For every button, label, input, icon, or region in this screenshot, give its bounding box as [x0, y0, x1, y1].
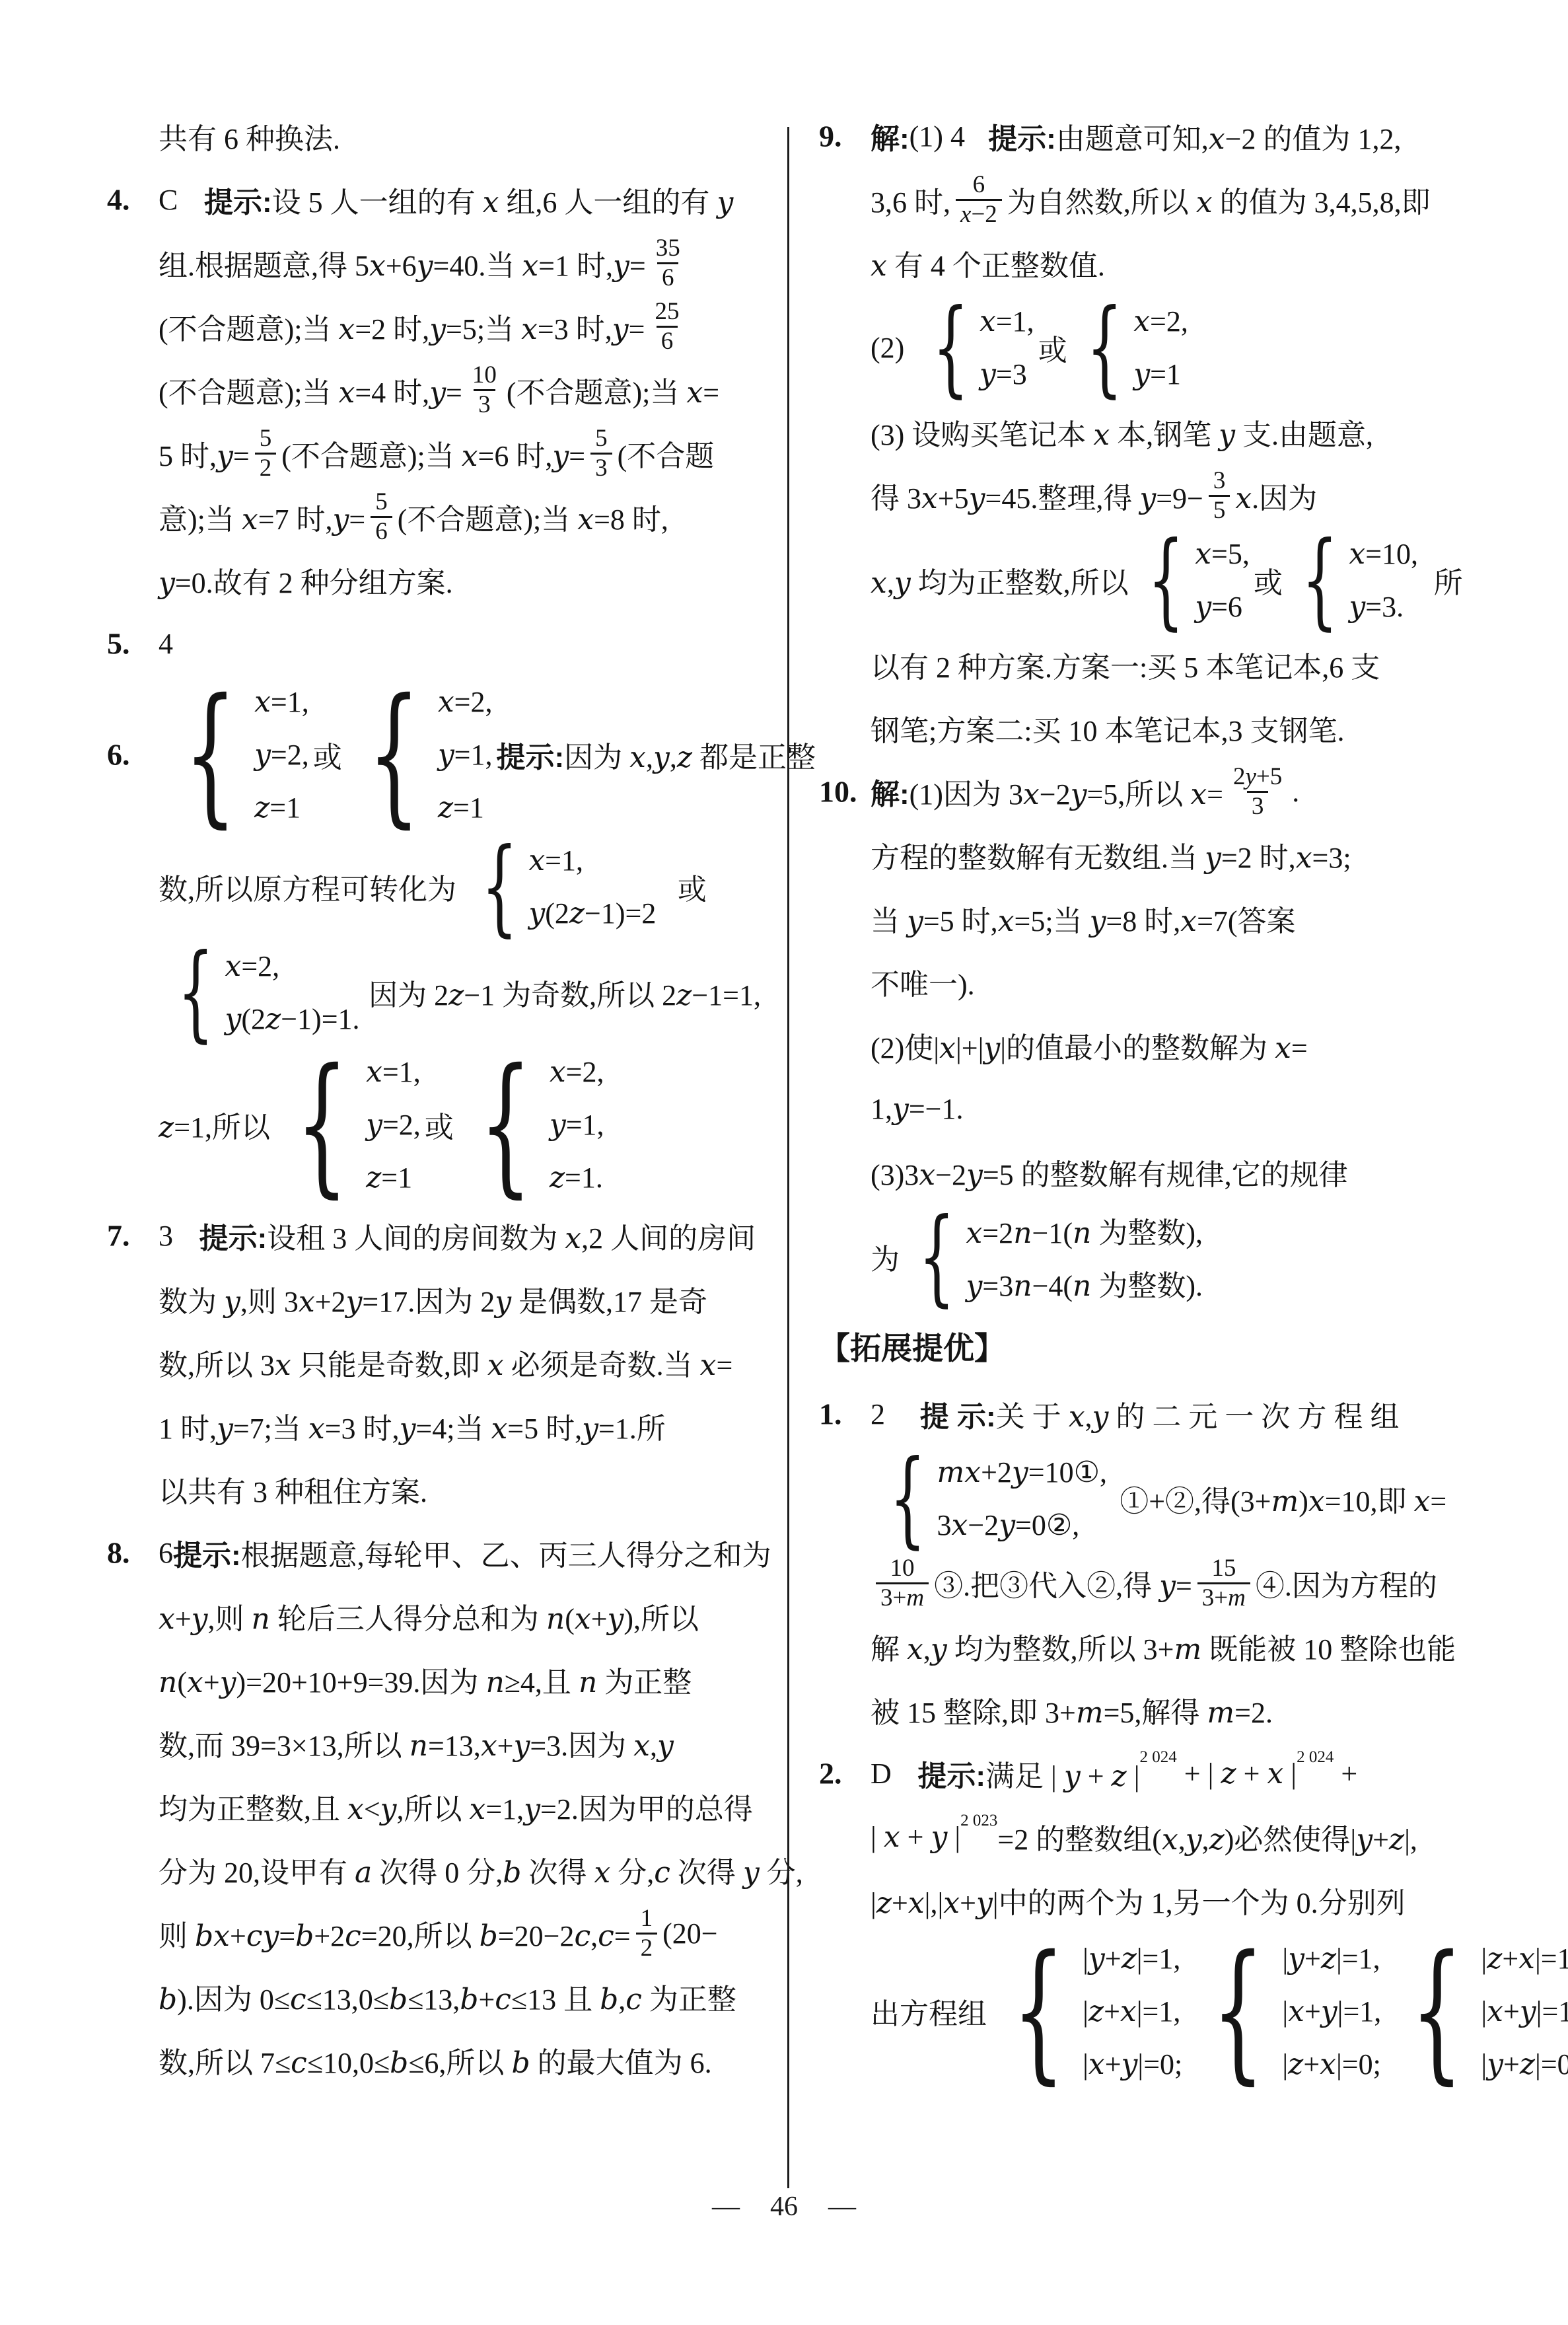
system-rows: |y+z|=1,|x+y|=1,|z+x|=0; — [1282, 1932, 1381, 2090]
text-line: 数,所以 7≤c≤10,0≤b≤6,所以 b 的最大值为 6. — [159, 2028, 761, 2092]
system-rows: |z+x|=1,|x+y|=1,|y+z|=0. — [1481, 1932, 1568, 2090]
text-run: |z+x|,|x+y|中的两个为 1,另一个为 0.分别列 — [871, 1879, 1406, 1921]
system-row: x=10, — [1349, 527, 1418, 580]
equation-system: {x=2,y=1 — [1071, 295, 1188, 400]
text-line: 以有 2 种方案.方案一:买 5 本笔记本,6 支 — [871, 633, 1479, 696]
system-row: x=1, — [366, 1045, 421, 1098]
equation-system: {x=10,y=3. — [1287, 527, 1418, 633]
system-brace: { — [367, 690, 420, 819]
text-run: 钢笔;方案二:买 10 本笔记本,3 支钢笔. — [871, 707, 1344, 749]
text-line: 为{x=2n−1(n 为整数),y=3n−4(n 为整数). — [871, 1204, 1479, 1310]
fraction: 153+m — [1197, 1555, 1250, 1611]
right-column: 9.解:(1) 4提示:由题意可知,x−2 的值为 1,2,3,6 时,6x−2… — [819, 104, 1479, 2090]
system-brace: { — [479, 1060, 532, 1189]
text-line: 当 y=5 时,x=5;当 y=8 时,x=7(答案 — [871, 887, 1479, 950]
text-run: x+y,则 n 轮后三人得分总和为 n(x+y),所以 — [159, 1595, 699, 1637]
system-row: x=1, — [528, 834, 656, 887]
system-rows: x=2,y(2z−1)=1. — [225, 940, 360, 1045]
equation-system: {|z+x|=1,|x+y|=1,|y+z|=0. — [1389, 1932, 1568, 2090]
system-brace: { — [184, 690, 237, 819]
fraction-numerator: 15 — [1207, 1555, 1240, 1582]
text-run: (1) 4 — [909, 120, 965, 153]
system-rows: x=5,y=6 — [1195, 527, 1250, 633]
system-rows: x=1,y=3 — [980, 295, 1034, 400]
text-run: 设租 3 人间的房间数为 x,2 人间的房间 — [267, 1214, 756, 1257]
text-run: x=1, — [366, 1055, 421, 1089]
item-number: 10. — [819, 774, 857, 809]
text-run: 1 时,y=7;当 x=3 时,y=4;当 x=5 时,y=1.所 — [159, 1405, 666, 1447]
system-rows: x=1,y(2z−1)=2 — [528, 834, 656, 940]
fraction-numerator: 3 — [1209, 467, 1230, 494]
text-run: |y+z|=0. — [1481, 2048, 1568, 2081]
text-run: x 有 4 个正整数值. — [871, 242, 1105, 284]
text-run: (不合题意);当 x=4 时,y= — [159, 369, 462, 411]
answer-item: 10.解:(1)因为 3x−2y=5,所以 x=2y+53.方程的整数解有无数组… — [819, 760, 1479, 1310]
fraction-denominator: x−2 — [956, 199, 1002, 228]
text-line: 1,y=−1. — [871, 1077, 1479, 1140]
text-run: ③.把③代入②,得 y= — [934, 1562, 1192, 1604]
system-rows: x=2n−1(n 为整数),y=3n−4(n 为整数). — [966, 1204, 1203, 1310]
text-run: 方程的整数解有无数组.当 y=2 时,x=3; — [871, 834, 1351, 876]
superscript: 2 024 — [1297, 1748, 1334, 1767]
item-number: 1. — [819, 1397, 842, 1432]
fraction-denominator: 6 — [371, 516, 392, 545]
text-run: z=1. — [550, 1161, 603, 1195]
text-run: 3x−2y=0②, — [937, 1508, 1080, 1542]
text-line: 数为 y,则 3x+2y=17.因为 2y 是偶数,17 是奇 — [159, 1267, 761, 1331]
item-number: 9. — [819, 119, 842, 154]
text-run: 出方程组 — [871, 1990, 987, 2032]
system-row: x=2, — [1133, 295, 1188, 348]
section-header: 【拓展提优】 — [819, 1310, 1479, 1382]
item-number: 5. — [107, 626, 130, 661]
text-run: z=1,所以 — [159, 1103, 270, 1146]
text-run: ④.因为方程的 — [1256, 1562, 1437, 1604]
text-run: 1,y=−1. — [871, 1092, 964, 1126]
text-run: C — [159, 183, 178, 217]
text-line: 被 15 整除,即 3+m=5,解得 m=2. — [871, 1678, 1479, 1742]
system-row: y=3 — [980, 348, 1034, 400]
text-line: 则 bx+cy=b+2c=20,所以 b=20−2c,c=12(20− — [159, 1901, 761, 1965]
text-line: 数,所以原方程可转化为{x=1,y(2z−1)=2或 — [159, 834, 761, 940]
item-number: 6. — [107, 737, 130, 772]
text-run: 数,所以原方程可转化为 — [159, 866, 456, 908]
text-run: (不合题意);当 x=8 时, — [398, 496, 668, 538]
text-run: 数,而 39=3×13,所以 n=13,x+y=3.因为 x,y — [159, 1722, 674, 1764]
system-row: |x+y|=1, — [1481, 1985, 1568, 2038]
system-row: y=1, — [550, 1098, 604, 1151]
text-line: (不合题意);当 x=4 时,y=103(不合题意);当 x= — [159, 358, 761, 422]
system-row: |z+x|=1, — [1481, 1932, 1568, 1985]
text-line: 10.解:(1)因为 3x−2y=5,所以 x=2y+53. — [871, 760, 1479, 823]
equation-system: {mx+2y=10①,3x−2y=0②, — [874, 1446, 1107, 1551]
system-row: x=1, — [254, 675, 309, 728]
system-rows: x=1,y=2,z=1 — [254, 675, 309, 834]
text-run: 因为 x,y,z 都是正整 — [564, 733, 816, 776]
item-number: 4. — [107, 182, 130, 217]
system-row: |z+x|=0; — [1282, 2038, 1381, 2090]
text-run: x=1, — [528, 844, 583, 877]
text-run: y=2, — [366, 1108, 421, 1142]
text-line: 4.C提示:设 5 人一组的有 x 组,6 人一组的有 y — [159, 168, 761, 231]
system-row: x=5, — [1195, 527, 1250, 580]
text-line: 2.D提示:满足 | y + z |2 024 + | z + x |2 024… — [871, 1742, 1479, 1805]
text-run: 组.根据题意,得 5x+6y=40.当 x=1 时,y= — [159, 242, 646, 284]
system-row: y(2z−1)=2 — [528, 887, 656, 940]
system-brace: { — [178, 948, 214, 1037]
equation-system: {x=1,y=3 — [917, 295, 1034, 400]
fraction-denominator: 2 — [255, 453, 277, 482]
text-run: (20− — [662, 1917, 717, 1950]
text-run: z=1 — [438, 791, 484, 825]
left-column: 共有 6 种换法.4.C提示:设 5 人一组的有 x 组,6 人一组的有 y组.… — [107, 104, 761, 2092]
fraction: 2y+53 — [1229, 763, 1287, 820]
system-brace: { — [919, 1212, 955, 1301]
text-line: 103+m③.把③代入②,得 y=153+m④.因为方程的 — [871, 1551, 1479, 1615]
text-run: 以共有 3 种租住方案. — [159, 1468, 427, 1510]
text-run: 以有 2 种方案.方案一:买 5 本笔记本,6 支 — [871, 644, 1380, 686]
text-run: 数为 y,则 3x+2y=17.因为 2y 是偶数,17 是奇 — [159, 1278, 707, 1320]
text-run: 所 — [1434, 559, 1463, 601]
system-rows: mx+2y=10①,3x−2y=0②, — [937, 1446, 1108, 1551]
system-row: x=2, — [438, 675, 493, 728]
text-run: x=1, — [254, 685, 309, 719]
text-run: . — [1292, 775, 1299, 809]
text-line: 钢笔;方案二:买 10 本笔记本,3 支钢笔. — [871, 696, 1479, 760]
system-brace: { — [296, 1060, 349, 1189]
fraction-denominator: 5 — [1209, 495, 1230, 524]
label-bold: 提示: — [497, 733, 565, 776]
system-row: y=1, — [438, 728, 493, 781]
page: 共有 6 种换法.4.C提示:设 5 人一组的有 x 组,6 人一组的有 y组.… — [0, 0, 1568, 2325]
fraction-denominator: 3+m — [876, 1582, 929, 1611]
system-row: |y+z|=1, — [1083, 1932, 1182, 1985]
equation-system: {x=5,y=6 — [1133, 527, 1250, 633]
text-line: 均为正整数,且 x<y,所以 x=1,y=2.因为甲的总得 — [159, 1775, 761, 1838]
system-row: z=1 — [254, 781, 309, 834]
text-run: 为自然数,所以 x 的值为 3,4,5,8,即 — [1007, 178, 1431, 221]
fraction: 53 — [590, 425, 612, 482]
answer-item: 1.2提 示:关 于 x,y 的 二 元 一 次 方 程 组{mx+2y=10①… — [819, 1382, 1479, 1742]
text-run: y=0.故有 2 种分组方案. — [159, 559, 453, 601]
system-rows: |y+z|=1,|z+x|=1,|x+y|=0; — [1083, 1932, 1182, 2090]
answer-item: 7.3提示:设租 3 人间的房间数为 x,2 人间的房间数为 y,则 3x+2y… — [107, 1204, 761, 1521]
system-row: z=1. — [550, 1151, 604, 1204]
text-line: 意);当 x=7 时,y=56(不合题意);当 x=8 时, — [159, 485, 761, 548]
text-line: 出方程组{|y+z|=1,|z+x|=1,|x+y|=0;{|y+z|=1,|x… — [871, 1932, 1479, 2090]
fraction: 6x−2 — [956, 171, 1002, 228]
text-run: 或 — [1038, 326, 1067, 369]
system-row: x=2, — [225, 940, 360, 992]
label-bold: 提示: — [173, 1532, 241, 1574]
page-footer: — 46 — — [0, 2191, 1568, 2223]
text-run: z=1 — [366, 1161, 412, 1195]
answer-item: 6.{x=1,y=2,z=1或{x=2,y=1,z=1提示:因为 x,y,z 都… — [107, 675, 761, 1204]
text-run: 关 于 x,y 的 二 元 一 次 方 程 组 — [996, 1393, 1400, 1435]
text-run: x=10, — [1349, 537, 1418, 571]
text-run: 4 — [159, 627, 173, 661]
system-brace: { — [890, 1454, 926, 1543]
text-run: mx+2y=10①, — [937, 1456, 1108, 1489]
text-run: 3,6 时, — [871, 178, 950, 221]
answer-item: 2.D提示:满足 | y + z |2 024 + | z + x |2 024… — [819, 1742, 1479, 2090]
fraction-denominator: 3+m — [1197, 1582, 1250, 1611]
system-row: |x+y|=1, — [1282, 1985, 1381, 2038]
page-number: 46 — [770, 2191, 798, 2223]
text-line: (2)使|x|+|y|的值最小的整数解为 x= — [871, 1014, 1479, 1077]
text-run: (不合题意);当 x=2 时,y=5;当 x=3 时,y= — [159, 305, 645, 348]
text-line: 方程的整数解有无数组.当 y=2 时,x=3; — [871, 823, 1479, 887]
text-line: 5 时,y=52(不合题意);当 x=6 时,y=53(不合题 — [159, 422, 761, 485]
system-row: 3x−2y=0②, — [937, 1498, 1108, 1551]
item-number: 8. — [107, 1535, 130, 1570]
text-line: | x + y |2 023=2 的整数组(x,y,z)必然使得|y+z|, — [871, 1805, 1479, 1868]
system-brace: { — [1301, 536, 1337, 624]
text-run: 6 — [159, 1536, 173, 1570]
fraction: 103+m — [876, 1555, 929, 1611]
system-row: y=3. — [1349, 580, 1418, 633]
fraction-denominator: 2 — [636, 1933, 658, 1962]
system-row: z=1 — [366, 1151, 421, 1204]
text-run: y=3 — [980, 357, 1027, 391]
fraction-numerator: 5 — [371, 488, 392, 515]
text-line: 1.2提 示:关 于 x,y 的 二 元 一 次 方 程 组 — [871, 1382, 1479, 1446]
text-line: 7.3提示:设租 3 人间的房间数为 x,2 人间的房间 — [159, 1204, 761, 1267]
text-run: 或 — [313, 733, 342, 776]
paragraph: 共有 6 种换法. — [107, 104, 761, 168]
system-brace: { — [1147, 536, 1184, 624]
text-run: x=5, — [1195, 537, 1250, 571]
text-run: 根据题意,每轮甲、乙、丙三人得分之和为 — [241, 1532, 771, 1574]
fraction: 12 — [636, 1905, 658, 1962]
text-run: x=2, — [1133, 305, 1188, 338]
text-run: D — [871, 1757, 892, 1790]
label-bold: 提 示: — [920, 1393, 996, 1435]
label-bold: 提示: — [988, 115, 1056, 157]
label-bold: 提示: — [204, 178, 272, 221]
text-line: 1 时,y=7;当 x=3 时,y=4;当 x=5 时,y=1.所 — [159, 1394, 761, 1458]
equation-system: {x=1,y=2,z=1 — [162, 675, 309, 834]
system-rows: x=1,y=2,z=1 — [366, 1045, 421, 1204]
text-run: y=1, — [550, 1108, 604, 1142]
text-run: 解 x,y 均为整数,所以 3+m 既能被 10 整除也能 — [871, 1625, 1456, 1668]
text-run: x=1, — [980, 305, 1034, 338]
equation-system: {|y+z|=1,|x+y|=1,|z+x|=0; — [1190, 1932, 1381, 2090]
text-run: n(x+y)=20+10+9=39.因为 n≥4,且 n 为正整 — [159, 1658, 692, 1701]
text-line: z=1,所以{x=1,y=2,z=1或{x=2,y=1,z=1. — [159, 1045, 761, 1204]
text-run: 因为 2z−1 为奇数,所以 2z−1=1, — [369, 971, 761, 1014]
system-brace: { — [481, 842, 517, 931]
system-brace: { — [932, 303, 968, 392]
item-number: 7. — [107, 1218, 130, 1253]
label-bold: 解: — [871, 115, 909, 157]
text-run: b).因为 0≤c≤13,0≤b≤13,b+c≤13 且 b,c 为正整 — [159, 1975, 736, 2018]
text-run: |y+z|=1, — [1083, 1942, 1180, 1975]
text-run: =2 的整数组(x,y,z)必然使得|y+z|, — [997, 1816, 1417, 1858]
fraction-numerator: 5 — [255, 425, 277, 452]
equation-system: {x=1,y=2,z=1 — [274, 1045, 421, 1204]
system-rows: x=2,y=1,z=1. — [550, 1045, 604, 1204]
text-run: x=2, — [438, 685, 493, 719]
text-run: (3) 设购买笔记本 x 本,钢笔 y 支.由题意, — [871, 411, 1373, 453]
system-rows: x=10,y=3. — [1349, 527, 1418, 633]
equation-system: {x=2,y(2z−1)=1. — [162, 940, 360, 1045]
system-row: |x+y|=0; — [1083, 2038, 1182, 2090]
text-line: 得 3x+5y=45.整理,得 y=9−35x.因为 — [871, 464, 1479, 527]
fraction-denominator: 3 — [474, 389, 495, 418]
text-run: ①+②,得(3+m)x=10,即 x= — [1120, 1477, 1446, 1520]
answer-item: 8.6提示:根据题意,每轮甲、乙、丙三人得分之和为x+y,则 n 轮后三人得分总… — [107, 1521, 761, 2092]
fraction-numerator: 35 — [651, 235, 685, 262]
text-line: 不唯一). — [871, 950, 1479, 1014]
text-run: + | z + x | — [1177, 1757, 1297, 1790]
text-run: 2 — [871, 1397, 885, 1431]
text-line: 组.根据题意,得 5x+6y=40.当 x=1 时,y=356 — [159, 231, 761, 295]
text-run: 3 — [159, 1219, 173, 1253]
fraction-numerator: 1 — [636, 1905, 658, 1932]
text-run: (2) — [871, 331, 904, 365]
text-line: (3) 设购买笔记本 x 本,钢笔 y 支.由题意, — [871, 400, 1479, 464]
equation-system: {x=1,y(2z−1)=2 — [466, 834, 657, 940]
column-divider — [787, 127, 789, 2188]
system-brace: { — [1086, 303, 1122, 392]
text-line: (2){x=1,y=3或{x=2,y=1 — [871, 295, 1479, 400]
system-row: x=2n−1(n 为整数), — [966, 1204, 1203, 1257]
text-run: |z+x|=1, — [1481, 1942, 1568, 1975]
text-run: 或 — [678, 866, 707, 908]
text-run: (2)使|x|+|y|的值最小的整数解为 x= — [871, 1024, 1308, 1066]
text-run: |z+x|=1, — [1083, 1995, 1180, 2028]
text-run: x.因为 — [1235, 474, 1317, 517]
text-line: {x=2,y(2z−1)=1.因为 2z−1 为奇数,所以 2z−1=1, — [159, 940, 761, 1045]
equation-system: {x=2,y=1,z=1. — [458, 1045, 604, 1204]
answer-item: 9.解:(1) 4提示:由题意可知,x−2 的值为 1,2,3,6 时,6x−2… — [819, 104, 1479, 760]
system-row: y=2, — [254, 728, 309, 781]
text-run: 被 15 整除,即 3+m=5,解得 m=2. — [871, 1689, 1273, 1731]
system-row: y=2, — [366, 1098, 421, 1151]
equation-system: {x=2,y=1,z=1 — [346, 675, 493, 834]
text-run: y(2z−1)=1. — [225, 1002, 360, 1036]
fraction: 35 — [1209, 467, 1230, 524]
label-bold: 解: — [871, 770, 909, 813]
text-line: 数,所以 3x 只能是奇数,即 x 必须是奇数.当 x= — [159, 1331, 761, 1394]
text-run: | x + y | — [871, 1820, 960, 1854]
superscript: 2 023 — [960, 1812, 997, 1830]
text-run: (不合题意);当 x=6 时,y= — [281, 432, 585, 474]
fraction-numerator: 10 — [886, 1555, 919, 1582]
fraction-numerator: 5 — [590, 425, 612, 452]
text-run: 由题意可知,x−2 的值为 1,2, — [1056, 115, 1402, 157]
text-line: y=0.故有 2 种分组方案. — [159, 548, 761, 612]
system-row: |z+x|=1, — [1083, 1985, 1182, 2038]
text-run: |x+y|=0; — [1083, 2048, 1182, 2081]
text-run: 不唯一). — [871, 961, 975, 1003]
footer-dash-right: — — [828, 2191, 856, 2223]
fraction-denominator: 3 — [1247, 791, 1269, 820]
text-run: 或 — [1254, 559, 1283, 601]
text-line: 3,6 时,6x−2为自然数,所以 x 的值为 3,4,5,8,即 — [871, 168, 1479, 231]
fraction-numerator: 10 — [468, 361, 501, 388]
text-run: (3)3x−2y=5 的整数解有规律,它的规律 — [871, 1151, 1348, 1193]
fraction: 52 — [255, 425, 277, 482]
superscript: 2 024 — [1140, 1748, 1177, 1767]
text-run: y=3. — [1349, 590, 1404, 624]
system-row: y=3n−4(n 为整数). — [966, 1257, 1203, 1310]
label-bold: 提示: — [917, 1752, 985, 1794]
system-row: x=2, — [550, 1045, 604, 1098]
text-run: 或 — [425, 1103, 454, 1146]
fraction-denominator: 3 — [590, 453, 612, 482]
fraction: 256 — [650, 298, 684, 355]
text-run: x=2, — [225, 949, 280, 983]
text-line: 分为 20,设甲有 a 次得 0 分,b 次得 x 分,c 次得 y 分, — [159, 1838, 761, 1901]
fraction-denominator: 6 — [657, 326, 678, 355]
text-run: |y+z|=1, — [1282, 1942, 1380, 1975]
text-run: z=1 — [254, 791, 301, 825]
text-run: 得 3x+5y=45.整理,得 y=9− — [871, 474, 1203, 517]
text-line: 8.6提示:根据题意,每轮甲、乙、丙三人得分之和为 — [159, 1521, 761, 1584]
system-brace: { — [1212, 1947, 1265, 2075]
fraction: 56 — [371, 488, 392, 545]
text-run: 5 时,y= — [159, 432, 250, 474]
text-run: |x+y|=1, — [1282, 1995, 1381, 2028]
text-line: 9.解:(1) 4提示:由题意可知,x−2 的值为 1,2, — [871, 104, 1479, 168]
system-row: mx+2y=10①, — [937, 1446, 1108, 1498]
label-bold: 提示: — [199, 1214, 267, 1257]
fraction-denominator: 6 — [657, 262, 679, 291]
system-row: |y+z|=1, — [1282, 1932, 1381, 1985]
text-run: x,y 均为正整数,所以 — [871, 559, 1129, 601]
system-row: |y+z|=0. — [1481, 2038, 1568, 2090]
text-line: x 有 4 个正整数值. — [871, 231, 1479, 295]
system-brace: { — [1013, 1947, 1065, 2075]
text-line: 数,而 39=3×13,所以 n=13,x+y=3.因为 x,y — [159, 1711, 761, 1775]
text-line: 共有 6 种换法. — [159, 104, 761, 168]
text-run: x=2, — [550, 1055, 604, 1089]
system-rows: x=2,y=1,z=1 — [438, 675, 493, 834]
system-row: y=1 — [1133, 348, 1188, 400]
text-run: 数,所以 3x 只能是奇数,即 x 必须是奇数.当 x= — [159, 1341, 732, 1384]
text-line: n(x+y)=20+10+9=39.因为 n≥4,且 n 为正整 — [159, 1648, 761, 1711]
text-line: (不合题意);当 x=2 时,y=5;当 x=3 时,y=256 — [159, 295, 761, 358]
text-run: |z+x|=0; — [1282, 2048, 1381, 2081]
text-line: (3)3x−2y=5 的整数解有规律,它的规律 — [871, 1140, 1479, 1204]
text-run: 则 bx+cy=b+2c=20,所以 b=20−2c,c= — [159, 1912, 631, 1954]
equation-system: {|y+z|=1,|z+x|=1,|x+y|=0; — [991, 1932, 1182, 2090]
text-run: 分为 20,设甲有 a 次得 0 分,b 次得 x 分,c 次得 y 分, — [159, 1849, 803, 1891]
text-run: 共有 6 种换法. — [159, 115, 340, 157]
text-run: y=1 — [1133, 357, 1181, 391]
text-run: |x+y|=1, — [1481, 1995, 1568, 2028]
system-brace: { — [1411, 1947, 1464, 2075]
text-run: 均为正整数,且 x<y,所以 x=1,y=2.因为甲的总得 — [159, 1785, 753, 1827]
fraction: 356 — [651, 235, 685, 291]
text-line: x+y,则 n 轮后三人得分总和为 n(x+y),所以 — [159, 1584, 761, 1648]
footer-dash-left: — — [712, 2191, 740, 2223]
fraction-numerator: 6 — [968, 171, 990, 198]
system-row: x=1, — [980, 295, 1034, 348]
text-line: 解 x,y 均为整数,所以 3+m 既能被 10 整除也能 — [871, 1615, 1479, 1678]
text-run: 满足 | y + z | — [985, 1752, 1140, 1794]
text-run: (1)因为 3x−2y=5,所以 x= — [909, 770, 1223, 813]
text-run: + — [1334, 1757, 1357, 1790]
text-line: 6.{x=1,y=2,z=1或{x=2,y=1,z=1提示:因为 x,y,z 都… — [159, 675, 761, 834]
text-run: 当 y=5 时,x=5;当 y=8 时,x=7(答案 — [871, 897, 1296, 940]
text-run: y=2, — [254, 738, 309, 772]
fraction-numerator: 2y+5 — [1229, 763, 1287, 790]
answer-item: 4.C提示:设 5 人一组的有 x 组,6 人一组的有 y组.根据题意,得 5x… — [107, 168, 761, 612]
text-run: 意);当 x=7 时,y= — [159, 496, 365, 538]
